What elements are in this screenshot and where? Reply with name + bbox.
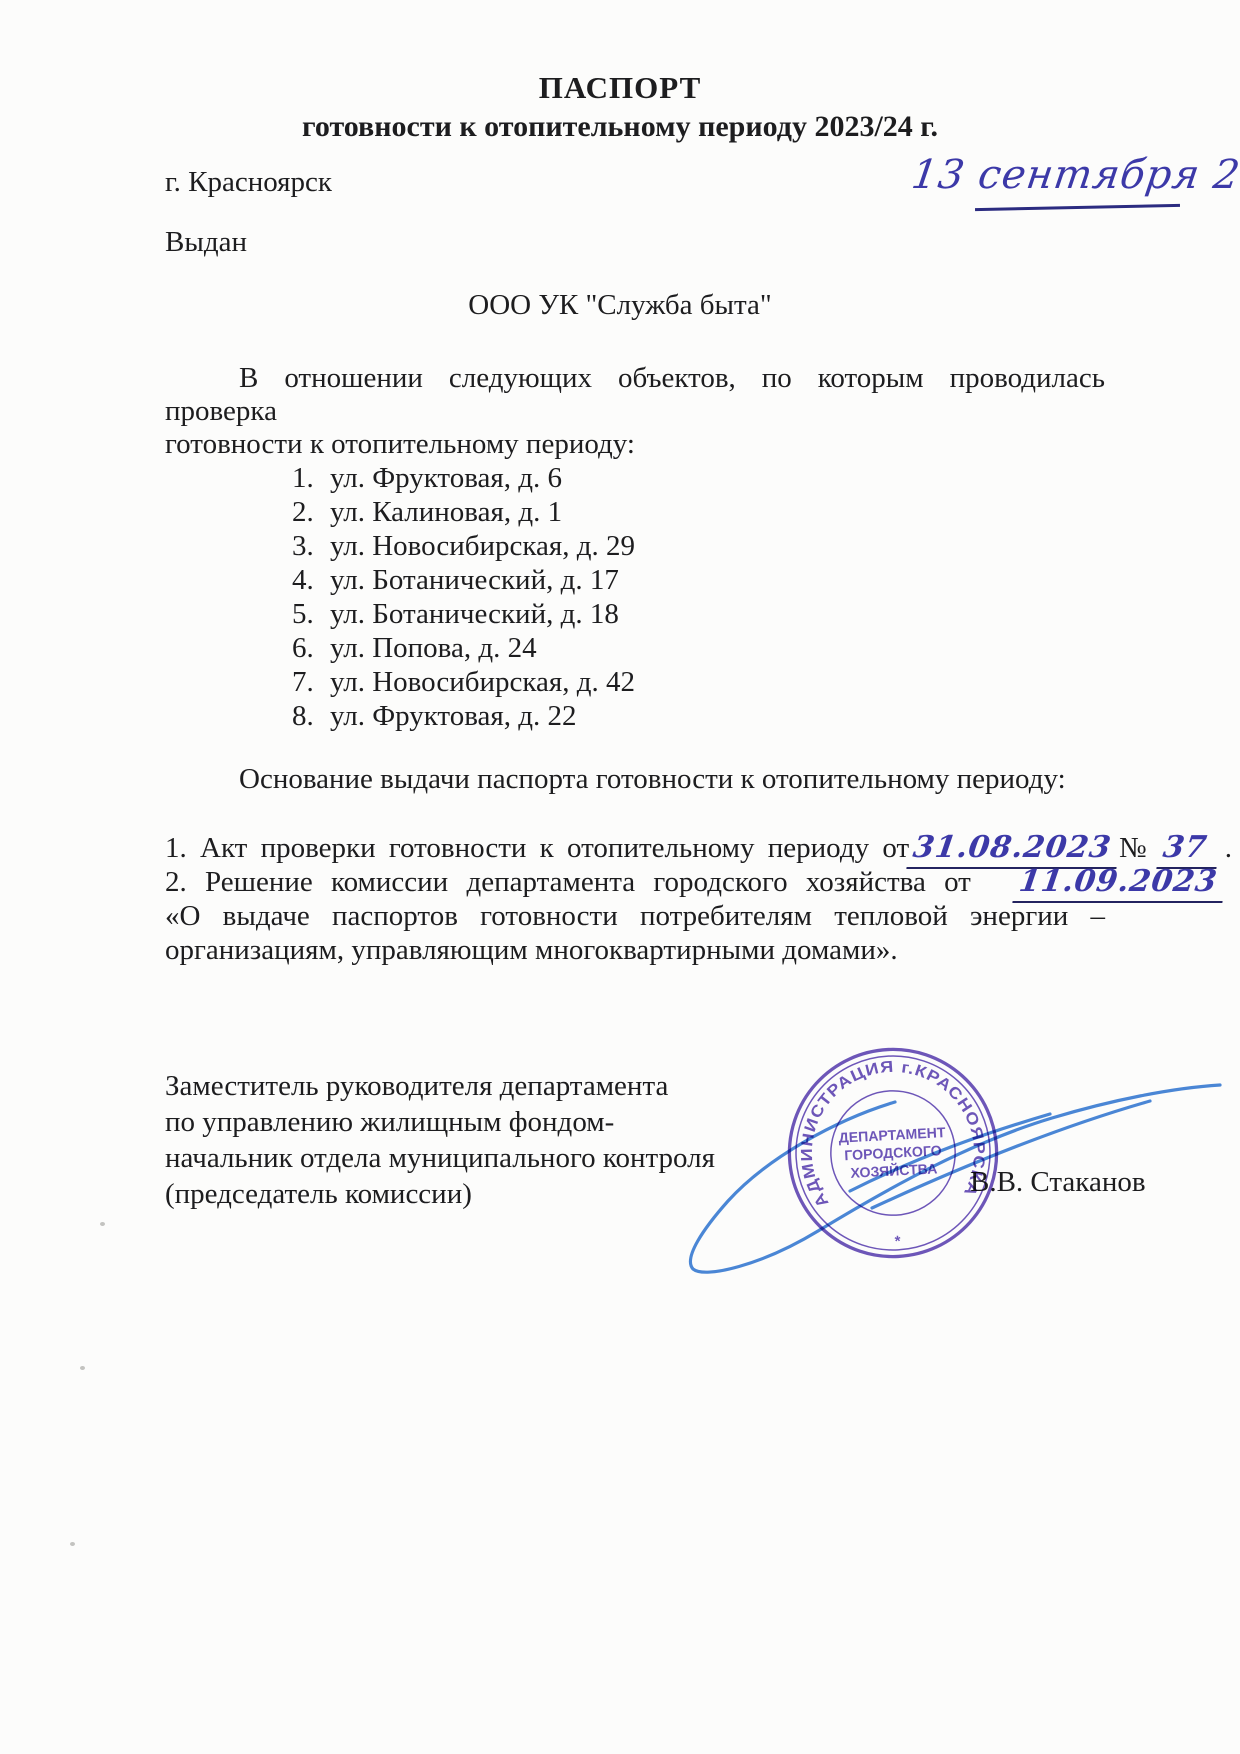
- objects-intro-line1: В отношении следующих объектов, по котор…: [165, 362, 1105, 428]
- object-item: 1.ул. Фруктовая, д. 6: [292, 461, 635, 495]
- objects-list: 1.ул. Фруктовая, д. 6 2.ул. Калиновая, д…: [292, 461, 635, 733]
- document-page: ПАСПОРТ готовности к отопительному перио…: [0, 0, 1240, 1754]
- object-item: 8.ул. Фруктовая, д. 22: [292, 699, 635, 733]
- basis-heading: Основание выдачи паспорта готовности к о…: [165, 763, 1066, 796]
- basis-item-2-line3: организациям, управляющим многоквартирны…: [165, 933, 1195, 967]
- object-address: ул. Попова, д. 24: [330, 631, 537, 665]
- document-title: ПАСПОРТ: [0, 70, 1240, 106]
- object-item: 5.ул. Ботанический, д. 18: [292, 597, 635, 631]
- object-address: ул. Фруктовая, д. 6: [330, 461, 562, 495]
- scan-speck: [100, 1222, 105, 1226]
- object-number: 2.: [292, 495, 330, 529]
- object-item: 2.ул. Калиновая, д. 1: [292, 495, 635, 529]
- pen-signature: [620, 1035, 1240, 1325]
- scan-speck: [80, 1366, 85, 1370]
- basis-item-1-text: 1. Акт проверки готовности к отопительно…: [165, 831, 909, 865]
- object-number: 3.: [292, 529, 330, 563]
- object-item: 7.ул. Новосибирская, д. 42: [292, 665, 635, 699]
- object-number: 5.: [292, 597, 330, 631]
- issued-to-company: ООО УК "Служба быта": [0, 289, 1240, 322]
- object-address: ул. Ботанический, д. 17: [330, 563, 619, 597]
- object-number: 4.: [292, 563, 330, 597]
- handwritten-issue-date: 13 сентября 2023: [909, 152, 1240, 198]
- object-number: 8.: [292, 699, 330, 733]
- document-subtitle: готовности к отопительному периоду 2023/…: [0, 110, 1240, 144]
- object-item: 6.ул. Попова, д. 24: [292, 631, 635, 665]
- object-number: 7.: [292, 665, 330, 699]
- issue-date-underline: [975, 204, 1180, 211]
- basis-item-2-line2: «О выдаче паспортов готовности потребите…: [165, 899, 1105, 933]
- number-sign-label: №: [1119, 831, 1147, 865]
- object-item: 4.ул. Ботанический, д. 17: [292, 563, 635, 597]
- basis-item-2: 2. Решение комиссии департамента городск…: [165, 865, 1195, 903]
- object-item: 3.ул. Новосибирская, д. 29: [292, 529, 635, 563]
- object-address: ул. Новосибирская, д. 29: [330, 529, 635, 563]
- pen-signature-graphic: [620, 1035, 1240, 1325]
- object-address: ул. Фруктовая, д. 22: [330, 699, 577, 733]
- city-label: г. Красноярск: [165, 166, 332, 199]
- object-number: 6.: [292, 631, 330, 665]
- handwritten-decision-date: 11.09.2023: [1012, 865, 1227, 903]
- objects-intro: В отношении следующих объектов, по котор…: [165, 362, 1105, 461]
- basis-item-1-period: .: [1225, 831, 1232, 865]
- objects-intro-line2: готовности к отопительному периоду:: [165, 428, 1105, 461]
- object-address: ул. Новосибирская, д. 42: [330, 665, 635, 699]
- basis-item-2-text: 2. Решение комиссии департамента городск…: [165, 865, 971, 899]
- object-number: 1.: [292, 461, 330, 495]
- object-address: ул. Ботанический, д. 18: [330, 597, 619, 631]
- scan-speck: [70, 1542, 75, 1546]
- issued-label: Выдан: [165, 226, 247, 259]
- object-address: ул. Калиновая, д. 1: [330, 495, 562, 529]
